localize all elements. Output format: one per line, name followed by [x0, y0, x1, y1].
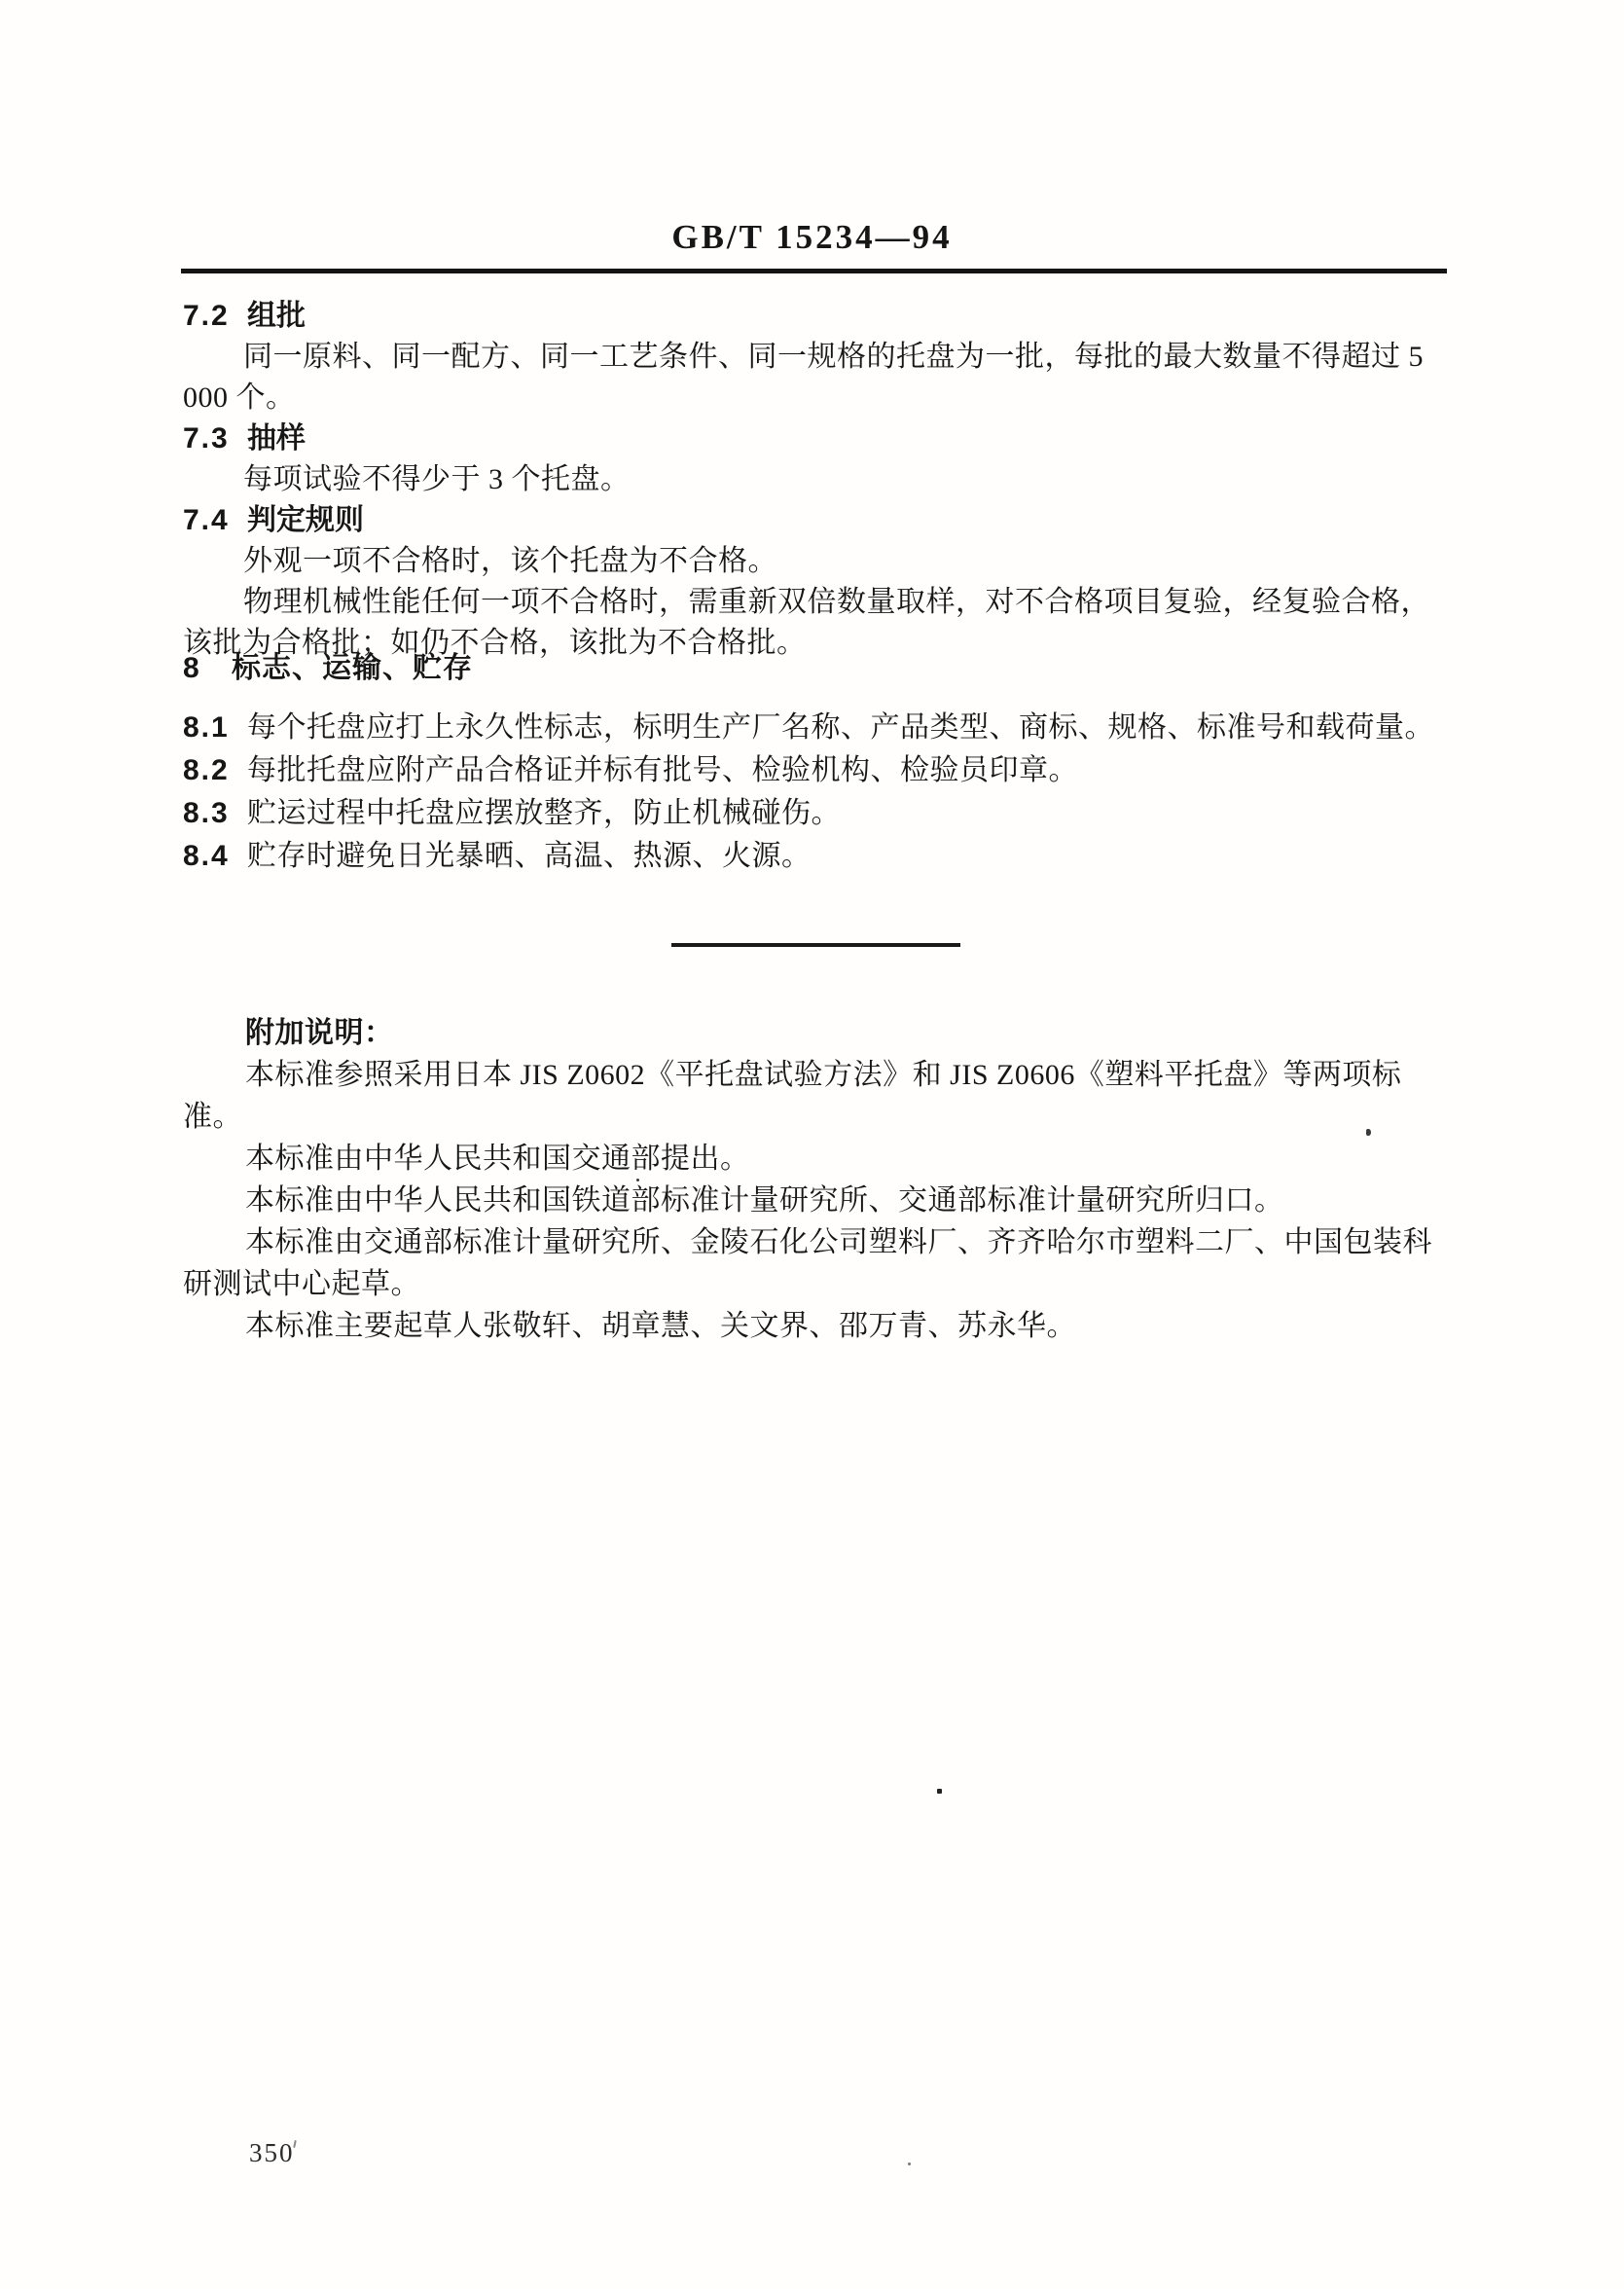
item-text: 贮存时避免日光暴晒、高温、热源、火源。: [247, 840, 812, 872]
note-proposed-by: 本标准由中华人民共和国交通部提出。: [183, 1138, 1447, 1180]
note-reference-standards: 本标准参照采用日本 JIS Z0602《平托盘试验方法》和 JIS Z0606《…: [183, 1054, 1447, 1138]
end-of-clauses-divider: [671, 943, 960, 947]
header-rule: [181, 269, 1447, 273]
clause-title: 组批: [247, 300, 306, 332]
clause-7-3-paragraph: 每项试验不得少于 3 个托盘。: [183, 459, 1447, 500]
note-drafted-by: 本标准由交通部标准计量研究所、金陵石化公司塑料厂、齐齐哈尔市塑料二厂、中国包装科…: [183, 1221, 1447, 1305]
section-number: 8: [183, 646, 232, 691]
item-8-3: 8.3贮运过程中托盘应摆放整齐，防止机械碰伤。: [183, 792, 1447, 835]
clause-7-2-paragraph: 同一原料、同一配方、同一工艺条件、同一规格的托盘为一批，每批的最大数量不得超过 …: [183, 337, 1447, 418]
note-centralized-by: 本标准由中华人民共和国铁道部标准计量研究所、交通部标准计量研究所归口。: [183, 1180, 1447, 1221]
standard-code-header: GB/T 15234—94: [0, 216, 1624, 259]
section-title: 标志、运输、贮存: [232, 652, 473, 684]
clause-title: 抽样: [247, 422, 306, 454]
clause-number: 7.3: [183, 418, 247, 459]
item-8-2: 8.2每批托盘应附产品合格证并标有批号、检验机构、检验员印章。: [183, 749, 1447, 792]
item-8-1: 8.1每个托盘应打上永久性标志，标明生产厂名称、产品类型、商标、规格、标准号和载…: [183, 707, 1447, 749]
page-number: 350: [249, 2138, 295, 2168]
scan-speck: [293, 2140, 297, 2148]
clause-7-4-paragraph-1: 外观一项不合格时，该个托盘为不合格。: [183, 541, 1447, 582]
item-number: 8.1: [183, 707, 247, 749]
item-number: 8.4: [183, 835, 247, 878]
scan-speck: [636, 1179, 639, 1181]
additional-notes-block: 附加说明： 本标准参照采用日本 JIS Z0602《平托盘试验方法》和 JIS …: [183, 1012, 1447, 1347]
scan-speck: [1366, 1129, 1371, 1136]
item-number: 8.3: [183, 792, 247, 835]
section-8-heading: 8标志、运输、贮存: [183, 646, 1447, 691]
clause-number: 7.4: [183, 500, 247, 541]
clause-number: 7.2: [183, 296, 247, 337]
scan-speck: [937, 1789, 942, 1794]
scanned-standard-page: GB/T 15234—94 7.2组批 同一原料、同一配方、同一工艺条件、同一规…: [0, 0, 1624, 2289]
scan-speck: [693, 634, 696, 636]
item-text: 每个托盘应打上永久性标志，标明生产厂名称、产品类型、商标、规格、标准号和载荷量。: [247, 711, 1434, 744]
item-8-4: 8.4贮存时避免日光暴晒、高温、热源、火源。: [183, 835, 1447, 878]
note-main-drafters: 本标准主要起草人张敬轩、胡章慧、关文界、邵万青、苏永华。: [183, 1305, 1447, 1347]
section-8-block: 8标志、运输、贮存 8.1每个托盘应打上永久性标志，标明生产厂名称、产品类型、商…: [183, 646, 1447, 878]
additional-notes-heading: 附加说明：: [183, 1012, 1447, 1054]
scan-speck: [908, 2162, 911, 2165]
clause-7-4-heading: 7.4判定规则: [183, 500, 1447, 541]
clause-title: 判定规则: [247, 504, 364, 536]
item-text: 贮运过程中托盘应摆放整齐，防止机械碰伤。: [247, 797, 841, 829]
clause-7-3-heading: 7.3抽样: [183, 418, 1447, 459]
item-number: 8.2: [183, 749, 247, 792]
section-8-items: 8.1每个托盘应打上永久性标志，标明生产厂名称、产品类型、商标、规格、标准号和载…: [183, 707, 1447, 878]
clauses-7-block: 7.2组批 同一原料、同一配方、同一工艺条件、同一规格的托盘为一批，每批的最大数…: [183, 296, 1447, 664]
clause-7-2-heading: 7.2组批: [183, 296, 1447, 337]
item-text: 每批托盘应附产品合格证并标有批号、检验机构、检验员印章。: [247, 754, 1078, 786]
